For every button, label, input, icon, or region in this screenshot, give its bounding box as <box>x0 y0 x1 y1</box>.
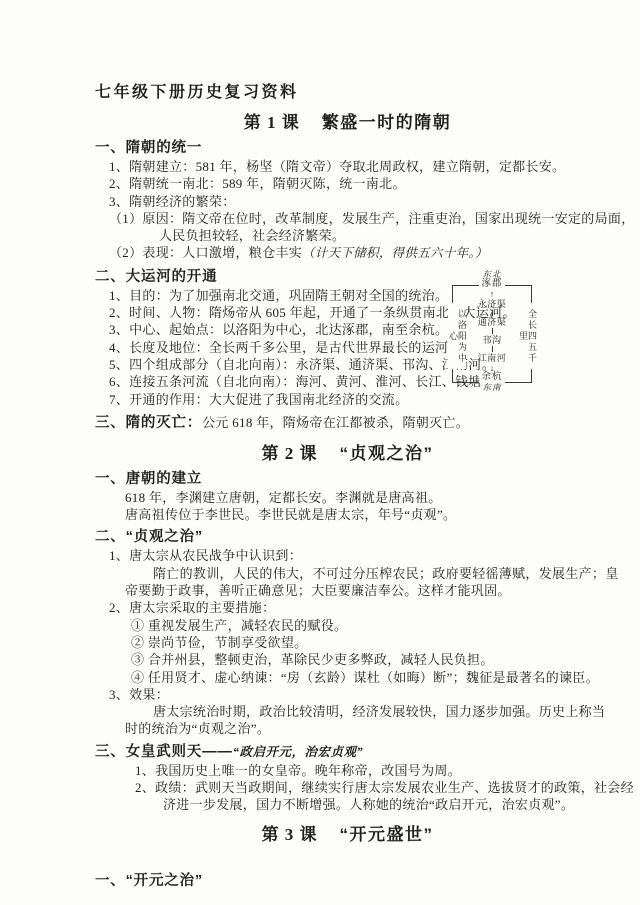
text-line: 唐高祖传位于李世民。李世民就是唐太宗，年号“贞观”。 <box>125 506 600 523</box>
text-line: 济进一步发展，国力不断增强。人称她的统治“政启开元，治宏贞观”。 <box>163 796 600 813</box>
heading-label: 三、女皇武则天—— <box>95 744 233 760</box>
canal-name: 江南河 <box>478 353 507 363</box>
l2-sec3-heading: 三、女皇武则天——“政启开元，治宏贞观” <box>95 743 600 762</box>
doc-title: 七年级下册历史复习资料 <box>95 84 600 102</box>
connector-line <box>492 310 493 316</box>
text-line: ① 重视发展生产，减轻农民的赋役。 <box>131 617 600 634</box>
text-line: ② 崇尚节俭，节制享受欲望。 <box>131 634 600 651</box>
document-page: { "doc_title": "七年级下册历史复习资料", "lesson1":… <box>0 0 640 905</box>
text-line: ③ 合并州县，整顿吏治，革除民少吏多弊政，减轻人民负担。 <box>131 651 600 668</box>
heading-quote: “政启开元，治宏贞观” <box>233 745 364 759</box>
text-line: 1、我国历史上唯一的女皇帝。晚年称帝，改国号为周。 <box>135 762 600 779</box>
heading-run-in-text: 公元 618 年，隋炀帝在江都被杀，隋朝灭亡。 <box>202 415 469 430</box>
diagram-northeast-label: 东北 <box>480 270 503 279</box>
text-line: 618 年，李渊建立唐朝，定都长安。李渊就是唐高祖。 <box>125 489 600 506</box>
connector-line <box>492 346 493 352</box>
canal-name: 永济渠 <box>478 299 507 309</box>
text-line: 帝要勤于政事，善听正确意见；大臣要廉洁奉公。这样才能巩固。 <box>125 582 600 599</box>
diagram-southeast-label: 东南 <box>480 383 503 392</box>
lesson3-name: “开元盛世” <box>340 825 434 844</box>
text-line: 2、政绩：武则天当政期间，继续实行唐太宗发展农业生产、选拔贤才的政策，社会经 <box>135 779 600 796</box>
text-line: 隋亡的教训，人民的伟大，不可过分压榨农民；政府要轻徭薄赋，发展生产；皇 <box>153 565 600 582</box>
text-line: 唐太宗统治时期，政治比较清明，经济发展较快，国力逐步加强。历史上称当 <box>153 703 600 720</box>
diagram-center-column: 东北 涿郡 ↑ 永济渠 通济渠 邗沟 江南河 ↓ 余杭 东南 <box>448 270 536 392</box>
text-line: 1、唐太宗从农民战争中认识到： <box>109 547 600 564</box>
heading-label: 三、隋的灭亡： <box>95 415 202 431</box>
text-run: （2）表现：人口激增，粮仓丰实 <box>109 245 302 260</box>
text-line: （1）原因：隋文帝在位时，改革制度，发展生产，注重吏治，国家出现统一安定的局面， <box>109 210 600 227</box>
l1-sec1-heading: 一、隋朝的统一 <box>95 139 600 158</box>
lesson2-number: 第 2 课 <box>262 444 318 463</box>
canal-name: 通济渠 <box>478 317 507 327</box>
lesson1-heading: 第 1 课繁盛一时的隋朝 <box>95 112 600 134</box>
lesson1-number: 第 1 课 <box>244 113 300 132</box>
lesson2-name: “贞观之治” <box>340 444 434 463</box>
text-line: 3、效果： <box>109 686 600 703</box>
l3-sec1-heading: 一、“开元之治” <box>95 872 600 891</box>
text-line: 2、唐太宗采取的主要措施： <box>109 599 600 616</box>
text-line: ④ 任用贤才、虚心纳谏：“房（玄龄）谋杜（如晦）断”；魏征是最著名的谏臣。 <box>131 669 600 686</box>
down-arrow-icon: ↓ <box>490 364 495 372</box>
text-line: 3、隋朝经济的繁荣： <box>109 193 600 210</box>
connector-line <box>492 328 493 334</box>
text-line: 1、隋朝建立：581 年，杨坚（隋文帝）夺取北周政权，建立隋朝，定都长安。 <box>109 158 600 175</box>
document-content: 七年级下册历史复习资料 第 1 课繁盛一时的隋朝 一、隋朝的统一 1、隋朝建立：… <box>0 0 640 891</box>
text-line: 时的统治为“贞观之治”。 <box>125 720 600 737</box>
grand-canal-diagram: 以洛阳为中心 全长四五千里 东北 涿郡 ↑ 永济渠 通济渠 邗沟 江南河 ↓ 余… <box>448 270 540 402</box>
text-line: （2）表现：人口激增，粮仓丰实（计天下储积，得供五六十年。） <box>109 244 600 262</box>
text-line: 2、隋朝统一南北：589 年，隋朝灭陈，统一南北。 <box>109 175 600 192</box>
lesson1-name: 繁盛一时的隋朝 <box>322 113 452 132</box>
lesson2-heading: 第 2 课“贞观之治” <box>95 443 600 465</box>
canal-name: 邗沟 <box>482 335 501 345</box>
up-arrow-icon: ↑ <box>490 290 495 298</box>
lesson3-number: 第 3 课 <box>262 825 318 844</box>
l1-sec3-heading: 三、隋的灭亡：公元 618 年，隋炀帝在江都被杀，隋朝灭亡。 <box>95 413 600 433</box>
text-line: 人民负担较轻，社会经济繁荣。 <box>159 227 600 244</box>
italic-note: （计天下储积，得供五六十年。） <box>302 246 488 260</box>
lesson3-heading: 第 3 课“开元盛世” <box>95 824 600 846</box>
l2-sec1-heading: 一、唐朝的建立 <box>95 470 600 489</box>
l2-sec2-heading: 二、“贞观之治” <box>95 528 600 547</box>
